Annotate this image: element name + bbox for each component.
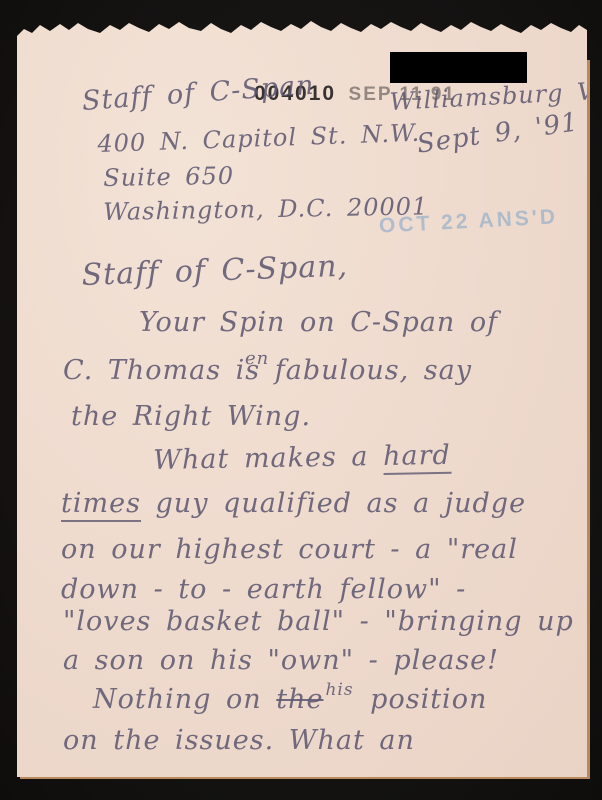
body-line-4-text: What makes a xyxy=(153,441,383,476)
body-line-5: times guy qualified as a judge xyxy=(61,488,526,519)
recipient-address-line-1: Staff of C-Span xyxy=(81,70,316,117)
body-line-9: a son on his "own" - please! xyxy=(63,645,499,676)
body-line-4: What makes a hard xyxy=(153,440,451,476)
body-line-7: down - to - earth fellow" - xyxy=(61,574,466,605)
body-line-10: Nothing on thehis position xyxy=(93,684,487,715)
recipient-address-line-3: Suite 650 xyxy=(103,162,234,192)
body-line-5-text: guy qualified as a judge xyxy=(141,488,526,519)
salutation: Staff of C-Span, xyxy=(81,249,349,293)
body-line-1: Your Spin on C-Span of xyxy=(139,307,498,338)
underlined-word-hard: hard xyxy=(383,440,451,475)
body-line-10-text: Nothing on xyxy=(93,684,276,715)
redaction-box xyxy=(390,52,527,83)
body-line-8: "loves basket ball" - "bringing up xyxy=(63,606,574,637)
letter-paper: 004010 SEP 11 91 Staff of C-Span 400 N. … xyxy=(17,18,587,777)
body-line-2: C. Thomas is fabulous, say xyxy=(63,355,472,386)
recipient-address-line-2: 400 N. Capitol St. N.W. xyxy=(97,119,421,158)
origin-date: Sept 9, '91 xyxy=(415,107,580,159)
body-line-6: on our highest court - a "real xyxy=(61,534,518,565)
inserted-word-his: his xyxy=(325,680,353,700)
struck-word-the: the xyxy=(276,684,323,715)
body-line-10-text-end: position xyxy=(356,684,488,715)
body-line-11: on the issues. What an xyxy=(63,725,415,756)
body-line-3: the Right Wing. xyxy=(71,401,311,432)
underlined-word-times: times xyxy=(61,488,141,522)
